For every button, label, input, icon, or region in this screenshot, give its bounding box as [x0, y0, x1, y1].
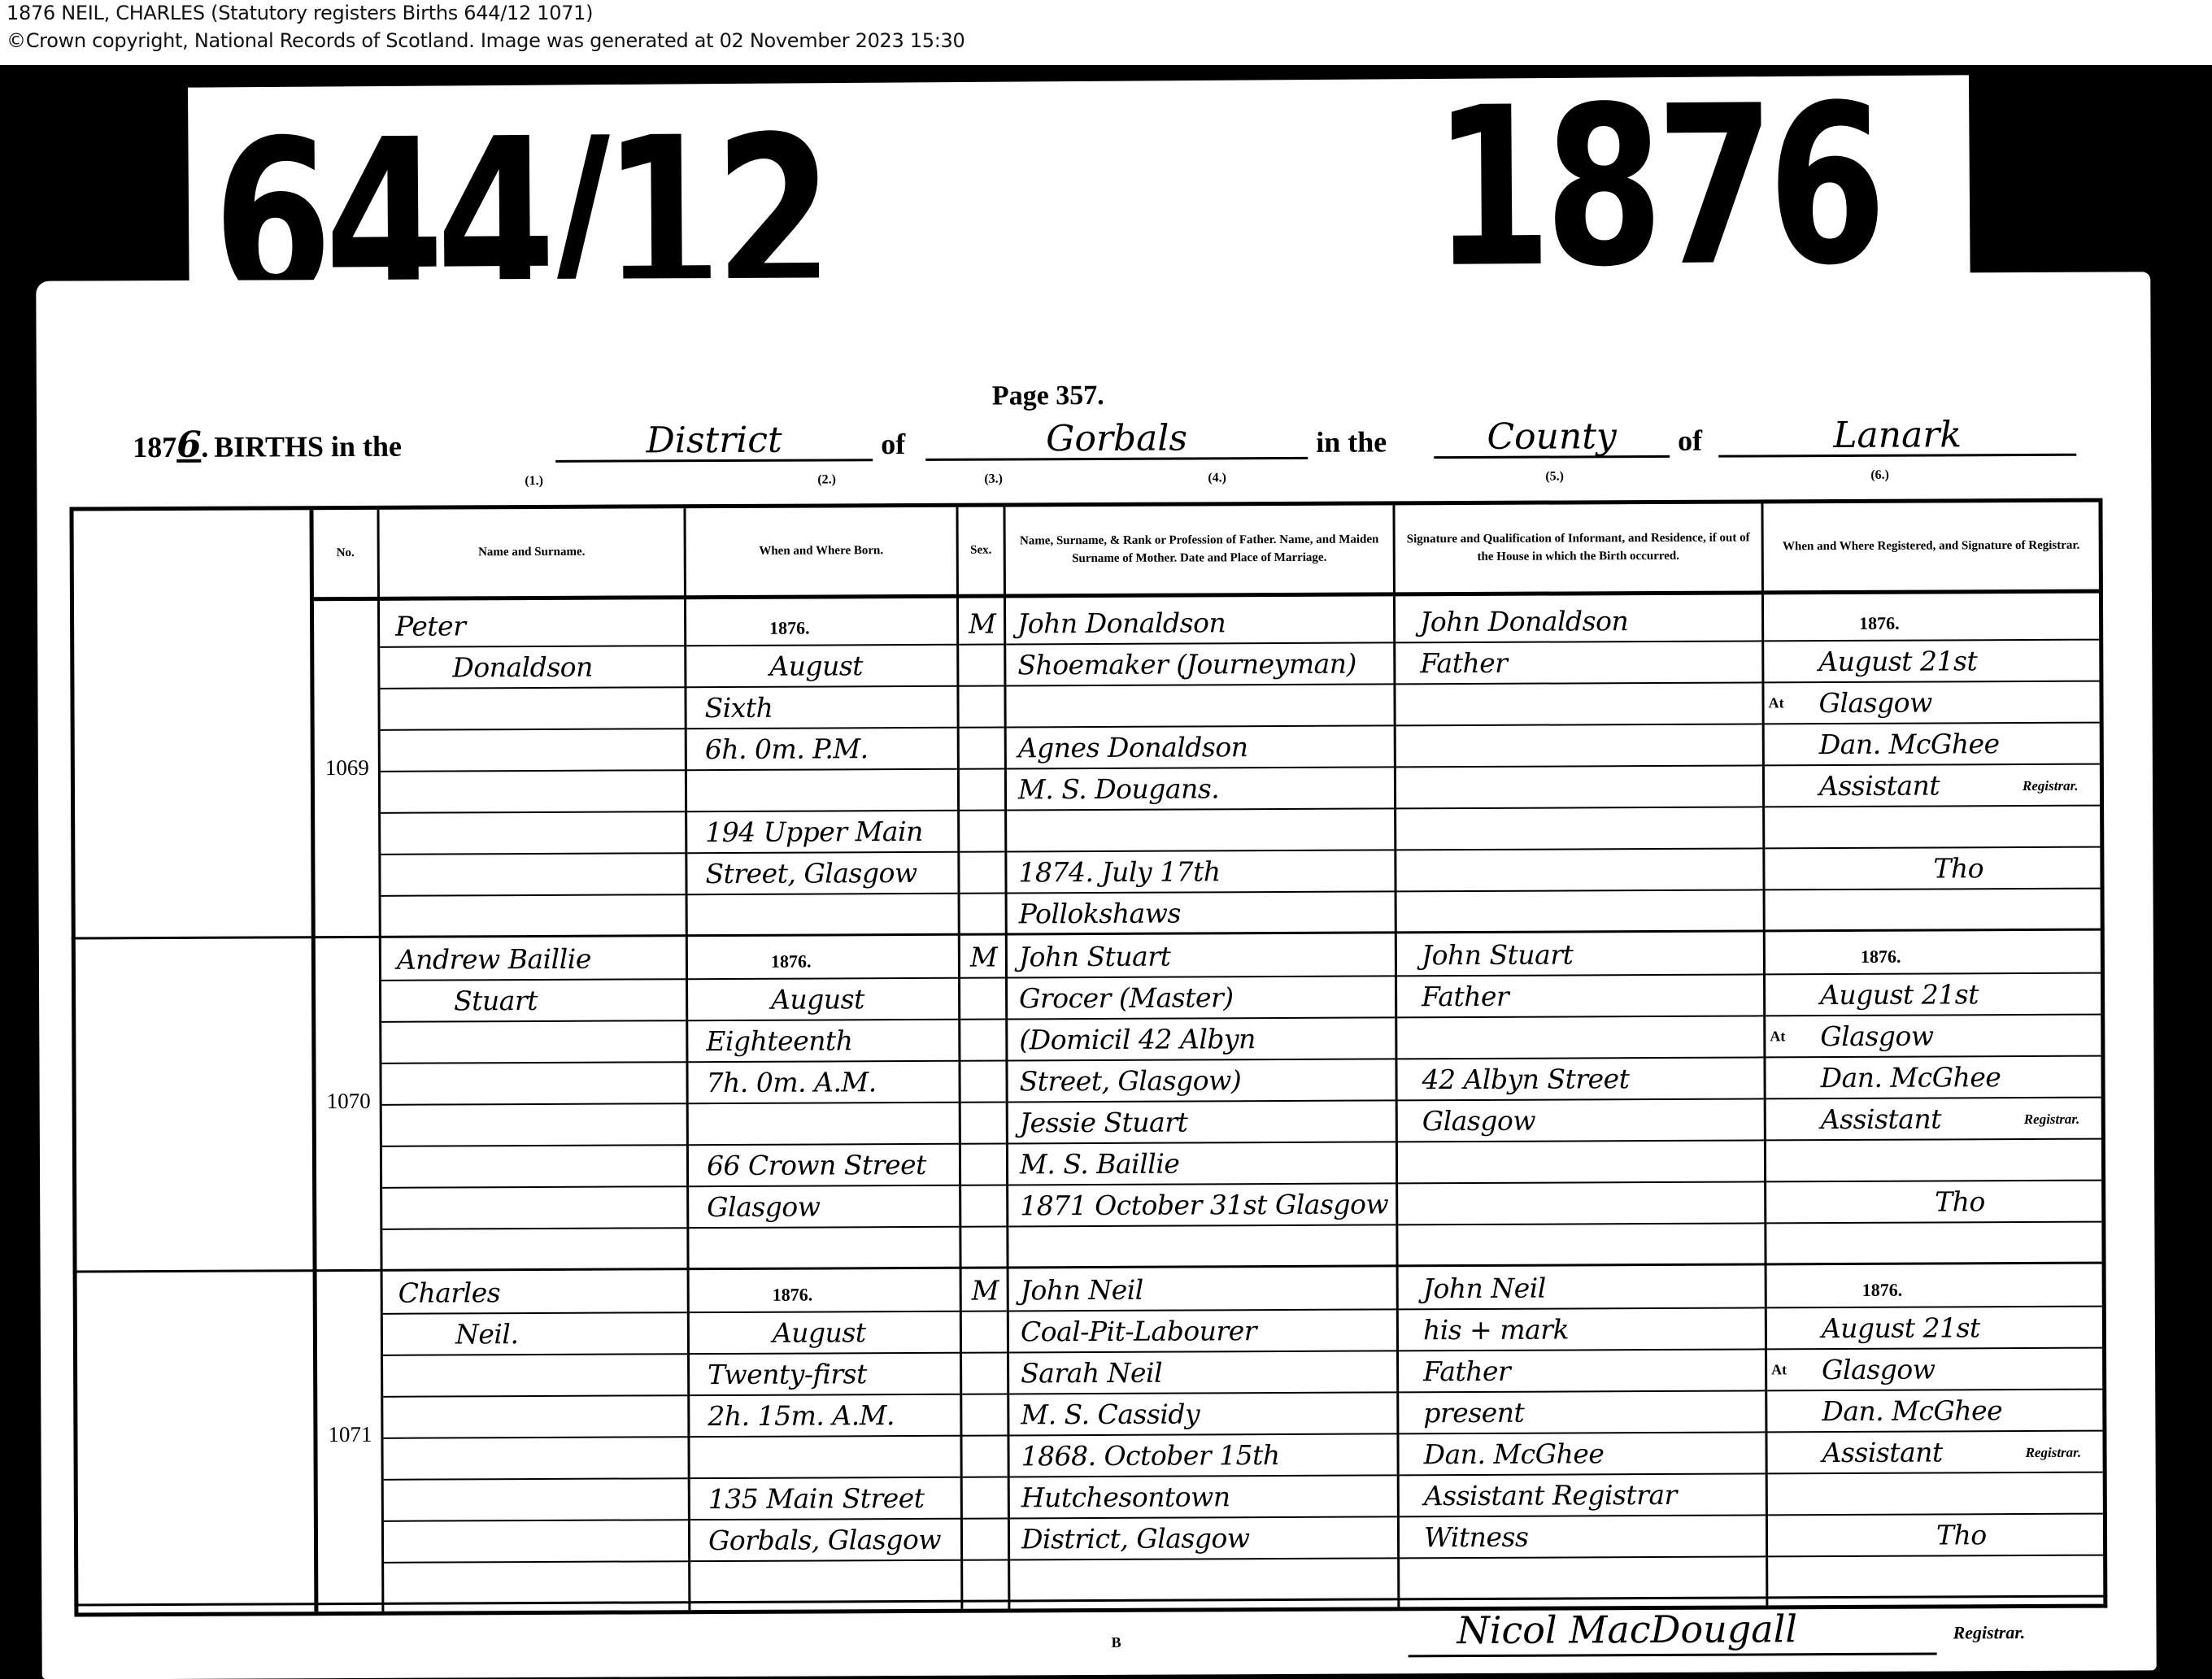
ruled-line: [1009, 1433, 1396, 1436]
parents-detail-line: Coal-Pit-Labourer: [1021, 1317, 1256, 1345]
parents-detail-line: District, Glasgow: [1021, 1525, 1250, 1552]
births-ledger-table: No. Name and Surname. When and Where Bor…: [69, 498, 2107, 1617]
copyright-notice: ©Crown copyright, National Records of Sc…: [7, 29, 965, 52]
ruled-line: [1008, 1058, 1395, 1061]
registration-date: August 21st: [1822, 1314, 1980, 1342]
ruled-line: [961, 1101, 1006, 1103]
ruled-line: [381, 1020, 686, 1023]
registration-place: Glasgow: [1822, 1356, 1935, 1384]
heading-of-2: of: [1678, 424, 1702, 458]
birth-month: August: [773, 1319, 866, 1346]
ruled-line: [382, 1103, 686, 1106]
ruled-line: [1767, 1347, 2102, 1351]
ruled-line: [384, 1477, 688, 1481]
birth-detail-line: Sixth: [704, 694, 773, 721]
informant-detail-line: his + mark: [1423, 1316, 1569, 1343]
ruled-line: [960, 1059, 1005, 1061]
ruled-line: [1397, 973, 1763, 977]
ruled-line: [1006, 683, 1393, 686]
ruled-line: [381, 852, 685, 855]
entry-number: 1070: [316, 1089, 381, 1114]
ruled-line: [962, 1310, 1007, 1311]
ruled-line: [1766, 888, 2101, 891]
ruled-line: [1768, 1472, 2103, 1475]
entry-number: 1069: [315, 755, 380, 781]
birth-detail-line: Twenty-first: [708, 1360, 867, 1388]
ruled-line: [961, 1225, 1006, 1227]
informant-detail-line: John Stuart: [1422, 941, 1574, 968]
ruled-line: [1766, 1055, 2101, 1059]
column-header-born: When and Where Born.: [686, 507, 956, 599]
ruled-line: [1396, 764, 1762, 768]
ruled-line: [960, 809, 1004, 811]
registration-at-label: At: [1770, 1028, 1785, 1045]
ruled-line: [690, 1518, 960, 1520]
column-header-parents: Name, Surname, & Rank or Profession of F…: [1005, 505, 1392, 598]
informant-detail-line: Dan. McGhee: [1424, 1440, 1605, 1468]
ruled-line: [688, 1060, 958, 1063]
ruled-line: [1008, 890, 1395, 894]
parents-detail-line: John Stuart: [1019, 943, 1171, 971]
ruled-line: [960, 1018, 1005, 1020]
registration-date: August 21st: [1818, 647, 1977, 675]
registrar-label: Registrar.: [1953, 1622, 2025, 1643]
ruled-line: [1396, 640, 1761, 643]
birth-detail-line: 194 Upper Main: [705, 818, 923, 846]
registrar-printed-label: Registrar.: [2023, 778, 2079, 794]
ruled-line: [1399, 1390, 1765, 1393]
ruled-line: [689, 1102, 959, 1104]
ruled-line: [1767, 1306, 2102, 1309]
sex: M: [970, 944, 997, 971]
ruled-line: [1766, 1014, 2101, 1017]
ruled-line: [1768, 1555, 2103, 1558]
birth-detail-line: 7h. 0m. A.M.: [706, 1068, 876, 1096]
ruled-line: [689, 1226, 959, 1229]
ruled-line: [1765, 846, 2100, 850]
ruled-line: [1768, 1513, 2103, 1516]
registrar-initials: Tho: [1935, 1188, 1985, 1215]
county-name-field: Lanark: [1718, 417, 2076, 458]
ruled-line: [690, 1311, 960, 1313]
parents-detail-line: Agnes Donaldson: [1018, 733, 1248, 761]
informant-detail-line: John Neil: [1423, 1275, 1546, 1303]
registrar-name: Dan. McGhee: [1819, 730, 2000, 758]
child-forename: Charles: [398, 1279, 501, 1307]
ruled-line: [1766, 1221, 2101, 1224]
ruled-line: [381, 978, 686, 981]
register-entry: 1069PeterDonaldson1876.Sixth6h. 0m. P.M.…: [70, 598, 2105, 940]
parents-detail-line: John Neil: [1021, 1277, 1143, 1304]
margin-header-blank: [69, 510, 313, 602]
county-type-field: County: [1434, 419, 1670, 459]
parents-detail-line: M. S. Baillie: [1020, 1151, 1180, 1178]
ruled-line: [961, 1142, 1006, 1144]
ruled-line: [381, 1061, 686, 1064]
registration-place: Glasgow: [1818, 689, 1931, 717]
registration-year: 1876.: [1862, 1280, 1903, 1301]
ruled-line: [1766, 1180, 2101, 1183]
ruled-line: [1767, 1430, 2102, 1433]
ruled-line: [1766, 972, 2101, 976]
entry-number: 1071: [317, 1422, 382, 1447]
registrar-printed-label: Registrar.: [2024, 1111, 2080, 1128]
parents-detail-line: Shoemaker (Journeyman): [1017, 650, 1356, 679]
ruled-line: [1009, 1391, 1396, 1394]
ruled-line: [1007, 724, 1394, 728]
birth-detail-line: Street, Glasgow: [705, 859, 917, 887]
ruled-line: [1766, 1097, 2101, 1100]
column-number-6: (6.): [1870, 468, 1889, 483]
birth-detail-line: Gorbals, Glasgow: [708, 1526, 941, 1554]
registrar-name: Dan. McGhee: [1822, 1397, 2002, 1425]
column-number-1: (1.): [525, 474, 543, 489]
ruled-line: [960, 977, 1005, 978]
birth-detail-line: 6h. 0m. P.M.: [705, 735, 869, 763]
heading-of: of: [881, 427, 905, 461]
ruled-line: [1765, 722, 2100, 725]
informant-detail-line: John Donaldson: [1420, 607, 1628, 635]
informant-detail-line: Father: [1422, 983, 1509, 1010]
informant-detail-line: Father: [1420, 650, 1507, 676]
parents-detail-line: Sarah Neil: [1021, 1359, 1162, 1387]
ruled-line: [1007, 849, 1394, 852]
ruled-line: [690, 1477, 960, 1479]
ruled-line: [383, 1311, 687, 1315]
entry-separator: [74, 1595, 2107, 1607]
ruled-line: [1397, 1056, 1763, 1059]
ruled-line: [687, 768, 957, 771]
ruled-line: [380, 686, 684, 689]
ruled-line: [1396, 723, 1762, 726]
ruled-line: [383, 1394, 687, 1398]
registration-year: 1876.: [1861, 946, 1901, 968]
column-header-no: No.: [313, 510, 377, 601]
child-surname: Donaldson: [452, 654, 593, 681]
parents-detail-line: Hutchesontown: [1021, 1483, 1230, 1511]
ruled-line: [1396, 681, 1761, 685]
registrar-printed-label: Registrar.: [2026, 1445, 2082, 1461]
ruled-line: [687, 810, 957, 812]
ruled-line: [1398, 1181, 1764, 1184]
ruled-line: [383, 1436, 687, 1439]
ruled-line: [1008, 1141, 1396, 1144]
ruled-line: [962, 1351, 1007, 1353]
ruled-line: [1764, 639, 2099, 642]
ruled-line: [1765, 805, 2100, 808]
register-heading: 1876. BIRTHS in the District of Gorbals …: [133, 411, 2068, 476]
heading-in-the: in the: [1316, 424, 1387, 459]
ruled-line: [1397, 889, 1763, 892]
ruled-line: [690, 1559, 960, 1562]
ruled-line: [380, 645, 684, 648]
ruled-line: [962, 1393, 1007, 1394]
page-number: Page 357.: [992, 381, 1104, 412]
ruled-line: [690, 1435, 960, 1438]
ruled-line: [1010, 1516, 1397, 1519]
sheet-mark: B: [1112, 1634, 1121, 1651]
parents-detail-line: Grocer (Master): [1019, 984, 1234, 1011]
ruled-line: [1400, 1514, 1766, 1517]
ruled-line: [689, 1143, 959, 1146]
ruled-line: [686, 644, 956, 646]
child-forename: Peter: [395, 612, 465, 639]
ruled-line: [963, 1517, 1008, 1519]
ruled-line: [690, 1352, 960, 1355]
birth-month: August: [771, 985, 864, 1013]
parents-detail-line: (Domicil 42 Albyn: [1019, 1025, 1256, 1053]
ruled-line: [1766, 1138, 2101, 1142]
ruled-line: [960, 726, 1004, 728]
registration-at-label: At: [1768, 694, 1783, 711]
ruled-line: [1008, 975, 1395, 978]
ruled-line: [959, 685, 1004, 686]
birth-detail-line: Eighteenth: [706, 1027, 852, 1055]
registrar-title: Assistant: [1822, 1438, 1942, 1466]
column-number-5: (5.): [1545, 469, 1564, 484]
ruled-line: [1008, 1099, 1396, 1103]
ruled-line: [1008, 1182, 1396, 1185]
ruled-line: [959, 643, 1004, 645]
ruled-line: [1396, 806, 1762, 809]
informant-detail-line: Witness: [1424, 1524, 1528, 1551]
birth-detail-line: 135 Main Street: [708, 1485, 925, 1512]
informant-detail-line: 42 Albyn Street: [1422, 1065, 1629, 1093]
registrar-name: Dan. McGhee: [1820, 1064, 2001, 1091]
ruled-line: [1008, 1016, 1395, 1020]
ruled-line: [382, 1185, 686, 1189]
ruled-line: [1007, 807, 1394, 811]
column-number-2: (2.): [817, 472, 836, 487]
heading-births: BIRTHS in the: [214, 429, 402, 464]
informant-detail-line: Assistant Registrar: [1424, 1481, 1677, 1509]
ruled-line: [963, 1476, 1008, 1477]
registration-year: 1876.: [1859, 613, 1900, 634]
birth-month: August: [769, 652, 863, 680]
birth-detail-line: Glasgow: [707, 1193, 820, 1220]
ruled-line: [384, 1560, 688, 1564]
ruled-line: [690, 1394, 960, 1396]
parents-detail-line: 1874. July 17th: [1018, 858, 1220, 885]
ruled-line: [688, 893, 958, 895]
parents-detail-line: John Donaldson: [1017, 609, 1226, 637]
registrar-initials: Tho: [1933, 855, 1983, 881]
ruled-line: [381, 769, 685, 772]
ruled-line: [686, 685, 956, 688]
registrar-signature: Nicol MacDougall: [1408, 1606, 1936, 1657]
register-page: Page 357. 1876. BIRTHS in the District o…: [36, 272, 2156, 1679]
ruled-line: [1400, 1555, 1766, 1559]
ruled-line: [382, 1144, 686, 1147]
birth-year: 1876.: [771, 951, 812, 972]
birth-year: 1876.: [773, 1285, 813, 1306]
registrar-initials: Tho: [1936, 1521, 1987, 1548]
column-header-informant: Signature and Qualification of Informant…: [1395, 503, 1761, 596]
ruled-line: [1009, 1350, 1396, 1353]
register-entry: 1071CharlesNeil.1876.Twenty-first2h. 15m…: [73, 1264, 2108, 1607]
ruled-line: [1010, 1557, 1397, 1560]
birth-detail-line: 66 Crown Street: [707, 1151, 926, 1179]
informant-detail-line: Glasgow: [1422, 1107, 1535, 1135]
parents-detail-line: Pollokshaws: [1019, 900, 1181, 928]
column-header-sex: Sex.: [958, 507, 1003, 598]
column-number-4: (4.): [1208, 471, 1226, 485]
parents-detail-line: 1868. October 15th: [1021, 1442, 1280, 1469]
district-type-field: District: [555, 422, 873, 463]
district-name-field: Gorbals: [925, 420, 1308, 461]
column-header-registered: When and Where Registered, and Signature…: [1763, 502, 2098, 595]
ruled-line: [381, 894, 686, 897]
registration-at-label: At: [1771, 1361, 1787, 1378]
ruled-line: [961, 1184, 1006, 1185]
ruled-line: [689, 1185, 959, 1187]
ruled-line: [1765, 763, 2100, 767]
ruled-line: [1399, 1348, 1765, 1351]
ruled-line: [1399, 1307, 1765, 1310]
ruled-line: [382, 1227, 686, 1230]
ruled-line: [383, 1353, 687, 1356]
birth-detail-line: 2h. 15m. A.M.: [708, 1402, 895, 1429]
registration-place: Glasgow: [1820, 1023, 1933, 1050]
child-forename: Andrew Baillie: [397, 946, 591, 973]
registrar-title: Assistant: [1819, 772, 1940, 799]
ruled-line: [963, 1559, 1008, 1560]
ruled-line: [960, 850, 1004, 852]
child-surname: Stuart: [454, 987, 538, 1014]
column-number-3: (3.): [984, 472, 1003, 486]
sex: M: [969, 611, 995, 637]
birth-year: 1876.: [769, 618, 810, 639]
register-year-number: 1876: [1432, 76, 1880, 298]
ruled-line: [1397, 1015, 1763, 1018]
sex: M: [972, 1277, 999, 1304]
child-surname: Neil.: [455, 1320, 519, 1347]
ruled-line: [1396, 847, 1762, 850]
heading-year: 1876.: [133, 428, 208, 464]
column-header-name: Name and Surname.: [379, 508, 683, 601]
ruled-line: [960, 892, 1005, 894]
register-entry: 1070Andrew BaillieStuart1876.Eighteenth7…: [72, 931, 2106, 1273]
registration-date: August 21st: [1820, 981, 1979, 1008]
ruled-line: [687, 851, 957, 854]
ruled-line: [1399, 1431, 1765, 1434]
ruled-line: [384, 1519, 688, 1522]
record-title: 1876 NEIL, CHARLES (Statutory registers …: [7, 2, 593, 24]
ruled-line: [1398, 1222, 1764, 1225]
parents-detail-line: M. S. Cassidy: [1021, 1400, 1200, 1428]
ruled-line: [1764, 681, 2099, 684]
ruled-line: [687, 727, 957, 729]
parents-detail-line: Jessie Stuart: [1020, 1109, 1188, 1137]
ruled-line: [688, 977, 958, 980]
informant-detail-line: present: [1423, 1399, 1524, 1427]
ruled-line: [381, 811, 685, 814]
parents-detail-line: Street, Glasgow): [1019, 1067, 1241, 1094]
parents-detail-line: M. S. Dougans.: [1018, 775, 1219, 803]
ruled-line: [960, 768, 1004, 769]
parents-detail-line: 1871 October 31st Glasgow: [1020, 1190, 1388, 1219]
ruled-line: [1008, 1224, 1396, 1227]
ruled-line: [1400, 1472, 1766, 1476]
register-scan-image: 644/12 1876 Page 357. 1876. BIRTHS in th…: [0, 65, 2212, 1679]
registrar-title: Assistant: [1821, 1105, 1941, 1133]
ruled-line: [962, 1434, 1007, 1436]
ruled-line: [1398, 1098, 1764, 1101]
ruled-line: [1767, 1389, 2102, 1392]
ruled-line: [1010, 1474, 1397, 1477]
ruled-line: [381, 728, 685, 731]
ruled-line: [1398, 1139, 1764, 1142]
ruled-line: [1007, 766, 1394, 769]
ruled-line: [1009, 1308, 1396, 1311]
ruled-line: [1006, 642, 1393, 645]
ruled-line: [688, 1019, 958, 1021]
informant-detail-line: Father: [1423, 1358, 1510, 1385]
